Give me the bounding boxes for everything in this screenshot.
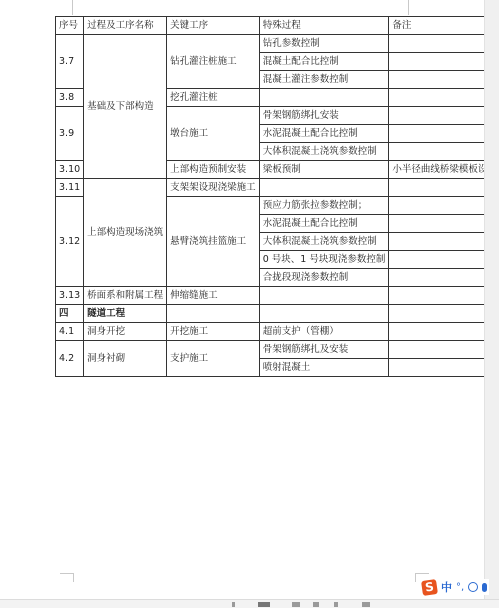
row-remark [389, 125, 499, 143]
row-key: 钻孔灌注桩施工 [167, 35, 260, 89]
row-no: 4.1 [56, 323, 84, 341]
smiley-icon[interactable] [468, 582, 478, 592]
zoom-icon[interactable] [334, 602, 338, 607]
row-special: 混凝土配合比控制 [259, 53, 389, 71]
row-special [259, 287, 389, 305]
row-key: 梁板预制 [259, 161, 389, 179]
row-remark [389, 269, 499, 287]
row-key: 支护施工 [167, 341, 260, 377]
table-row: 3.7 基础及下部构造 钻孔灌注桩施工 钻孔参数控制 [56, 35, 499, 53]
row-process: 上部构造预制安装 [167, 161, 260, 179]
status-bar [0, 599, 499, 608]
row-key: 伸缩缝施工 [167, 287, 260, 305]
row-no: 4.2 [56, 341, 84, 377]
row-special: 钻孔参数控制 [259, 35, 389, 53]
row-special [259, 305, 389, 323]
margin-corner-mark [60, 573, 74, 582]
row-special: 骨架钢筋绑扎及安装 [259, 341, 389, 359]
row-special: 大体积混凝土浇筑参数控制 [259, 233, 389, 251]
table-row: 3.11 上部构造现场浇筑 支架架设现浇梁施工 [56, 179, 499, 197]
row-no: 3.9 [56, 107, 84, 161]
row-no: 3.13 [56, 287, 84, 305]
view-mode-icon[interactable] [313, 602, 319, 607]
row-remark [389, 359, 499, 377]
row-remark [389, 179, 499, 197]
row-process: 洞身衬砌 [84, 341, 167, 377]
header-key: 关键工序 [167, 17, 260, 35]
row-special: 水泥混凝土配合比控制 [259, 125, 389, 143]
row-remark [389, 215, 499, 233]
row-remark [389, 233, 499, 251]
ime-mode-toggle[interactable]: 中 [441, 579, 452, 595]
row-remark [389, 341, 499, 359]
row-special: 超前支护（管棚） [259, 323, 389, 341]
table-row: 4.1 洞身开挖 开挖施工 超前支护（管棚） [56, 323, 499, 341]
section-no: 四 [56, 305, 84, 323]
row-remark [389, 53, 499, 71]
view-mode-icon[interactable] [292, 602, 300, 607]
row-remark [389, 251, 499, 269]
row-key: 悬臂浇筑挂篮施工 [167, 197, 260, 287]
row-special [259, 179, 389, 197]
row-remark [389, 323, 499, 341]
row-process: 上部构造现场浇筑 [84, 179, 167, 287]
row-no: 3.8 [56, 89, 84, 107]
row-process: 桥面系和附属工程 [84, 287, 167, 305]
row-remark [389, 35, 499, 53]
row-special: 水泥混凝土配合比控制 [259, 215, 389, 233]
table-header-row: 序号 过程及工序名称 关键工序 特殊过程 备注 [56, 17, 499, 35]
table-row: 4.2 洞身衬砌 支护施工 骨架钢筋绑扎及安装 [56, 341, 499, 359]
row-special: 0 号块、1 号块现浇参数控制 [259, 251, 389, 269]
row-remark [389, 143, 499, 161]
row-key: 支架架设现浇梁施工 [167, 179, 260, 197]
row-special: 混凝土灌注参数控制 [259, 71, 389, 89]
margin-corner-mark [408, 0, 409, 15]
row-no: 3.10 [56, 161, 84, 179]
row-process: 基础及下部构造 [84, 35, 167, 179]
zoom-icon[interactable] [362, 602, 370, 607]
row-key [167, 305, 260, 323]
margin-corner-mark [72, 0, 73, 15]
row-no: 3.7 [56, 35, 84, 89]
header-special: 特殊过程 [259, 17, 389, 35]
status-icon[interactable] [232, 602, 235, 607]
section-row: 四 隧道工程 [56, 305, 499, 323]
microphone-icon[interactable] [482, 583, 487, 592]
row-remark [389, 71, 499, 89]
table-row: 3.13 桥面系和附属工程 伸缩缝施工 [56, 287, 499, 305]
row-special: 小半径曲线桥梁模板设计 [389, 161, 499, 179]
row-special [259, 89, 389, 107]
header-process: 过程及工序名称 [84, 17, 167, 35]
row-key: 墩台施工 [167, 107, 260, 161]
section-title: 隧道工程 [84, 305, 167, 323]
row-remark [389, 305, 499, 323]
row-remark [389, 197, 499, 215]
row-remark [389, 89, 499, 107]
sogou-logo-icon[interactable]: S [421, 579, 438, 596]
header-remark: 备注 [389, 17, 499, 35]
row-process: 洞身开挖 [84, 323, 167, 341]
row-special: 骨架钢筋绑扎安装 [259, 107, 389, 125]
row-no: 3.12 [56, 197, 84, 287]
document-page: 序号 过程及工序名称 关键工序 特殊过程 备注 3.7 基础及下部构造 钻孔灌注… [0, 0, 485, 600]
ime-toolbar[interactable]: S 中 °, [420, 579, 489, 595]
vertical-scrollbar[interactable] [484, 0, 499, 600]
row-no: 3.11 [56, 179, 84, 197]
view-mode-icon[interactable] [258, 602, 270, 607]
header-no: 序号 [56, 17, 84, 35]
row-special: 合拢段现浇参数控制 [259, 269, 389, 287]
row-key: 开挖施工 [167, 323, 260, 341]
row-special: 大体积混凝土浇筑参数控制 [259, 143, 389, 161]
ime-punctuation-toggle[interactable]: °, [456, 582, 464, 593]
row-special: 预应力筋张拉参数控制； [259, 197, 389, 215]
process-table: 序号 过程及工序名称 关键工序 特殊过程 备注 3.7 基础及下部构造 钻孔灌注… [55, 16, 499, 377]
row-remark [389, 287, 499, 305]
row-special: 喷射混凝土 [259, 359, 389, 377]
row-key: 挖孔灌注桩 [167, 89, 260, 107]
row-remark [389, 107, 499, 125]
